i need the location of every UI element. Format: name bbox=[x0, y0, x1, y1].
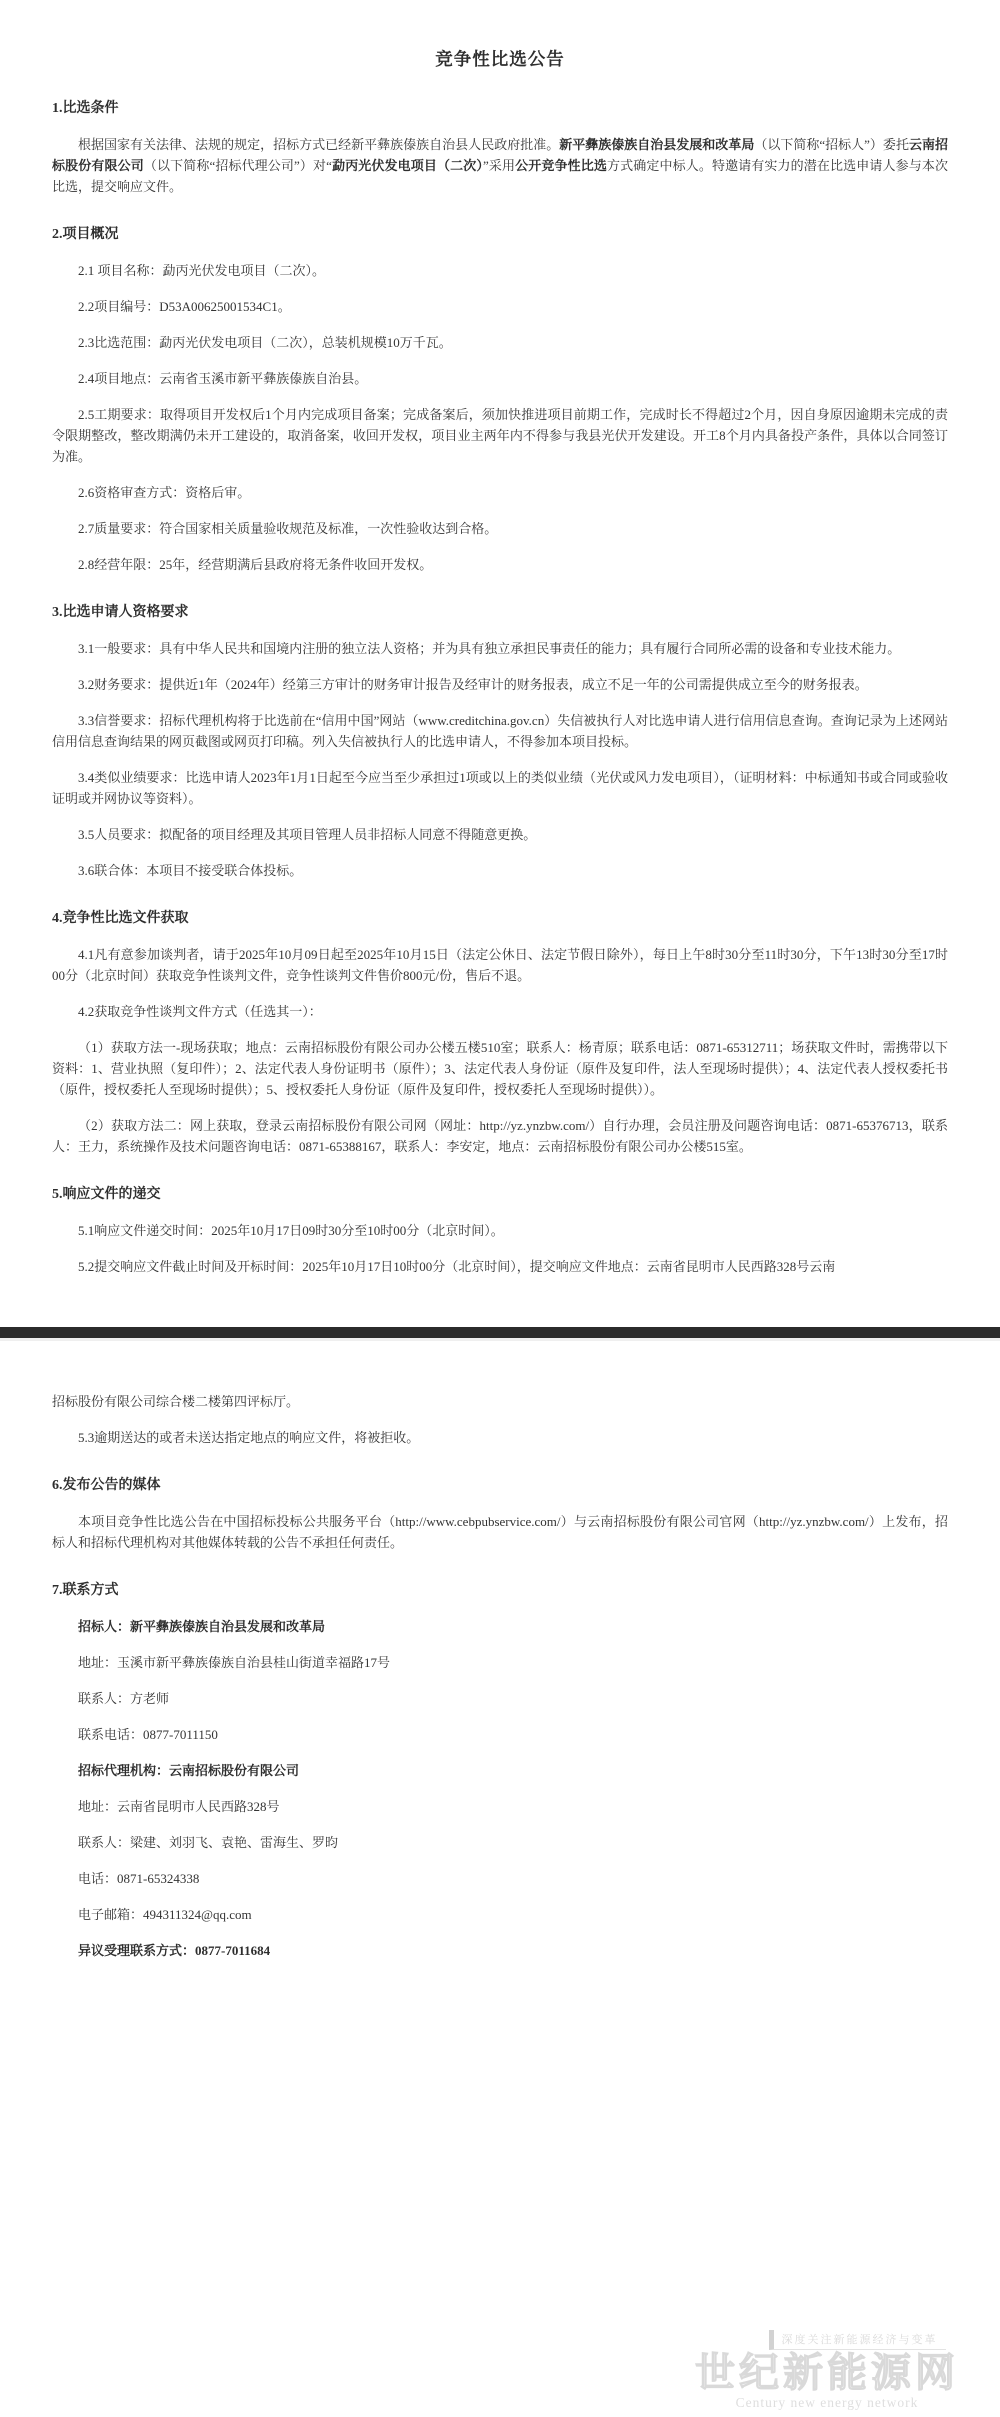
text-run: 2.8经营年限：25年，经营期满后县政府将无条件收回开发权。 bbox=[78, 557, 432, 572]
text-run: （1）获取方法一-现场获取；地点：云南招标股份有限公司办公楼五楼510室；联系人… bbox=[52, 1040, 948, 1097]
paragraph: （1）获取方法一-现场获取；地点：云南招标股份有限公司办公楼五楼510室；联系人… bbox=[52, 1037, 948, 1100]
text-run: 异议受理联系方式：0877-7011684 bbox=[78, 1943, 270, 1958]
paragraph: 根据国家有关法律、法规的规定，招标方式已经新平彝族傣族自治县人民政府批准。新平彝… bbox=[52, 134, 948, 197]
text-run: 电子邮箱：494311324@qq.com bbox=[78, 1907, 252, 1922]
page-break-divider bbox=[0, 1327, 1000, 1341]
text-run: 7.联系方式 bbox=[52, 1583, 119, 1598]
paragraph: 3.6联合体：本项目不接受联合体投标。 bbox=[52, 860, 948, 881]
section-heading: 6.发布公告的媒体 bbox=[52, 1476, 948, 1496]
paragraph: 2.4项目地点：云南省玉溪市新平彝族傣族自治县。 bbox=[52, 368, 948, 389]
bold-text-run: 公开竞争性比选 bbox=[515, 158, 607, 173]
paragraph: 联系人：梁建、刘羽飞、袁艳、雷海生、罗昀 bbox=[52, 1832, 948, 1853]
text-run: 联系电话：0877-7011150 bbox=[78, 1727, 218, 1742]
document-body: 竞争性比选公告 1.比选条件根据国家有关法律、法规的规定，招标方式已经新平彝族傣… bbox=[0, 0, 1000, 1961]
text-run: 3.1一般要求：具有中华人民共和国境内注册的独立法人资格；并为具有独立承担民事责… bbox=[78, 641, 900, 656]
text-run: 2.3比选范围：勐丙光伏发电项目（二次），总装机规模10万千瓦。 bbox=[78, 335, 452, 350]
watermark-logo-text: 世纪新能源网 bbox=[662, 2352, 992, 2394]
text-run: 1.比选条件 bbox=[52, 101, 119, 116]
paragraph: 4.1凡有意参加谈判者，请于2025年10月09日起至2025年10月15日（法… bbox=[52, 944, 948, 986]
bold-text-run: 勐丙光伏发电项目（二次） bbox=[332, 158, 483, 173]
paragraph: 4.2获取竞争性谈判文件方式（任选其一）： bbox=[52, 1001, 948, 1022]
paragraph: 联系电话：0877-7011150 bbox=[52, 1724, 948, 1745]
paragraph: 2.1 项目名称：勐丙光伏发电项目（二次）。 bbox=[52, 260, 948, 281]
text-run: 2.6资格审查方式：资格后审。 bbox=[78, 485, 250, 500]
text-run: （以下简称“招标人”）委托 bbox=[754, 137, 909, 152]
watermark-subtitle: Century new energy network bbox=[662, 2395, 992, 2411]
section-heading: 5.响应文件的递交 bbox=[52, 1185, 948, 1205]
text-run: 根据国家有关法律、法规的规定，招标方式已经新平彝族傣族自治县人民政府批准。 bbox=[78, 137, 559, 152]
text-run: 3.6联合体：本项目不接受联合体投标。 bbox=[78, 863, 302, 878]
section-heading: 4.竞争性比选文件获取 bbox=[52, 909, 948, 929]
text-run: 5.2提交响应文件截止时间及开标时间：2025年10月17日10时00分（北京时… bbox=[78, 1259, 835, 1274]
paragraph: 2.8经营年限：25年，经营期满后县政府将无条件收回开发权。 bbox=[52, 554, 948, 575]
text-run: 3.5人员要求：拟配备的项目经理及其项目管理人员非招标人同意不得随意更换。 bbox=[78, 827, 536, 842]
watermark: 深度关注新能源经济与变革 世纪新能源网 Century new energy n… bbox=[662, 2330, 992, 2411]
paragraph: 3.4类似业绩要求：比选申请人2023年1月1日起至今应当至少承担过1项或以上的… bbox=[52, 767, 948, 809]
watermark-tagline: 深度关注新能源经济与变革 bbox=[769, 2330, 946, 2350]
text-run: 2.1 项目名称：勐丙光伏发电项目（二次）。 bbox=[78, 263, 325, 278]
document-title: 竞争性比选公告 bbox=[52, 46, 948, 71]
text-run: 招标股份有限公司综合楼二楼第四评标厅。 bbox=[52, 1394, 299, 1409]
section-heading: 2.项目概况 bbox=[52, 225, 948, 245]
text-run: （2）获取方法二：网上获取，登录云南招标股份有限公司网（网址：http://yz… bbox=[52, 1118, 948, 1154]
paragraph: 2.2项目编号：D53A00625001534C1。 bbox=[52, 296, 948, 317]
paragraph: 3.2财务要求：提供近1年（2024年）经第三方审计的财务审计报告及经审计的财务… bbox=[52, 674, 948, 695]
paragraph: 异议受理联系方式：0877-7011684 bbox=[52, 1940, 948, 1961]
text-run: 2.7质量要求：符合国家相关质量验收规范及标准，一次性验收达到合格。 bbox=[78, 521, 497, 536]
text-run: 5.响应文件的递交 bbox=[52, 1187, 161, 1202]
text-run: 地址：玉溪市新平彝族傣族自治县桂山街道幸福路17号 bbox=[78, 1655, 390, 1670]
paragraph: 3.3信誉要求：招标代理机构将于比选前在“信用中国”网站（www.creditc… bbox=[52, 710, 948, 752]
paragraph: 招标股份有限公司综合楼二楼第四评标厅。 bbox=[52, 1391, 948, 1412]
paragraph: 联系人：方老师 bbox=[52, 1688, 948, 1709]
text-run: 3.3信誉要求：招标代理机构将于比选前在“信用中国”网站（www.creditc… bbox=[52, 713, 948, 749]
text-run: 5.3逾期送达的或者未送达指定地点的响应文件，将被拒收。 bbox=[78, 1430, 419, 1445]
paragraph: （2）获取方法二：网上获取，登录云南招标股份有限公司网（网址：http://yz… bbox=[52, 1115, 948, 1157]
text-run: 2.2项目编号：D53A00625001534C1。 bbox=[78, 299, 291, 314]
document-blocks: 1.比选条件根据国家有关法律、法规的规定，招标方式已经新平彝族傣族自治县人民政府… bbox=[52, 99, 948, 1961]
text-run: 联系人：梁建、刘羽飞、袁艳、雷海生、罗昀 bbox=[78, 1835, 338, 1850]
section-heading: 7.联系方式 bbox=[52, 1581, 948, 1601]
text-run: 本项目竞争性比选公告在中国招标投标公共服务平台（http://www.cebpu… bbox=[52, 1514, 948, 1550]
text-run: 2.项目概况 bbox=[52, 227, 119, 242]
text-run: 2.5工期要求：取得项目开发权后1个月内完成项目备案；完成备案后，须加快推进项目… bbox=[52, 407, 948, 464]
text-run: 5.1响应文件递交时间：2025年10月17日09时30分至10时00分（北京时… bbox=[78, 1223, 504, 1238]
paragraph: 2.6资格审查方式：资格后审。 bbox=[52, 482, 948, 503]
paragraph: 地址：玉溪市新平彝族傣族自治县桂山街道幸福路17号 bbox=[52, 1652, 948, 1673]
text-run: 招标人：新平彝族傣族自治县发展和改革局 bbox=[78, 1619, 325, 1634]
paragraph: 2.3比选范围：勐丙光伏发电项目（二次），总装机规模10万千瓦。 bbox=[52, 332, 948, 353]
text-run: 3.4类似业绩要求：比选申请人2023年1月1日起至今应当至少承担过1项或以上的… bbox=[52, 770, 948, 806]
paragraph: 3.1一般要求：具有中华人民共和国境内注册的独立法人资格；并为具有独立承担民事责… bbox=[52, 638, 948, 659]
paragraph: 电子邮箱：494311324@qq.com bbox=[52, 1904, 948, 1925]
text-run: 3.比选申请人资格要求 bbox=[52, 605, 189, 620]
text-run: 2.4项目地点：云南省玉溪市新平彝族傣族自治县。 bbox=[78, 371, 367, 386]
text-run: ”采用 bbox=[483, 158, 515, 173]
text-run: 联系人：方老师 bbox=[78, 1691, 169, 1706]
paragraph: 地址：云南省昆明市人民西路328号 bbox=[52, 1796, 948, 1817]
paragraph: 本项目竞争性比选公告在中国招标投标公共服务平台（http://www.cebpu… bbox=[52, 1511, 948, 1553]
paragraph: 5.3逾期送达的或者未送达指定地点的响应文件，将被拒收。 bbox=[52, 1427, 948, 1448]
text-run: 4.1凡有意参加谈判者，请于2025年10月09日起至2025年10月15日（法… bbox=[52, 947, 948, 983]
text-run: 3.2财务要求：提供近1年（2024年）经第三方审计的财务审计报告及经审计的财务… bbox=[78, 677, 868, 692]
text-run: 4.2获取竞争性谈判文件方式（任选其一）： bbox=[78, 1004, 322, 1019]
text-run: 招标代理机构：云南招标股份有限公司 bbox=[78, 1763, 299, 1778]
paragraph: 5.2提交响应文件截止时间及开标时间：2025年10月17日10时00分（北京时… bbox=[52, 1256, 948, 1277]
paragraph: 电话：0871-65324338 bbox=[52, 1868, 948, 1889]
section-heading: 1.比选条件 bbox=[52, 99, 948, 119]
document-page: 竞争性比选公告 1.比选条件根据国家有关法律、法规的规定，招标方式已经新平彝族傣… bbox=[0, 0, 1000, 2417]
paragraph: 招标代理机构：云南招标股份有限公司 bbox=[52, 1760, 948, 1781]
text-run: 4.竞争性比选文件获取 bbox=[52, 911, 189, 926]
paragraph: 2.5工期要求：取得项目开发权后1个月内完成项目备案；完成备案后，须加快推进项目… bbox=[52, 404, 948, 467]
paragraph: 招标人：新平彝族傣族自治县发展和改革局 bbox=[52, 1616, 948, 1637]
bold-text-run: 新平彝族傣族自治县发展和改革局 bbox=[559, 137, 754, 152]
text-run: 地址：云南省昆明市人民西路328号 bbox=[78, 1799, 280, 1814]
paragraph: 2.7质量要求：符合国家相关质量验收规范及标准，一次性验收达到合格。 bbox=[52, 518, 948, 539]
paragraph: 3.5人员要求：拟配备的项目经理及其项目管理人员非招标人同意不得随意更换。 bbox=[52, 824, 948, 845]
text-run: （以下简称“招标代理公司”）对“ bbox=[144, 158, 332, 173]
text-run: 6.发布公告的媒体 bbox=[52, 1478, 161, 1493]
paragraph: 5.1响应文件递交时间：2025年10月17日09时30分至10时00分（北京时… bbox=[52, 1220, 948, 1241]
section-heading: 3.比选申请人资格要求 bbox=[52, 603, 948, 623]
text-run: 电话：0871-65324338 bbox=[78, 1871, 199, 1886]
